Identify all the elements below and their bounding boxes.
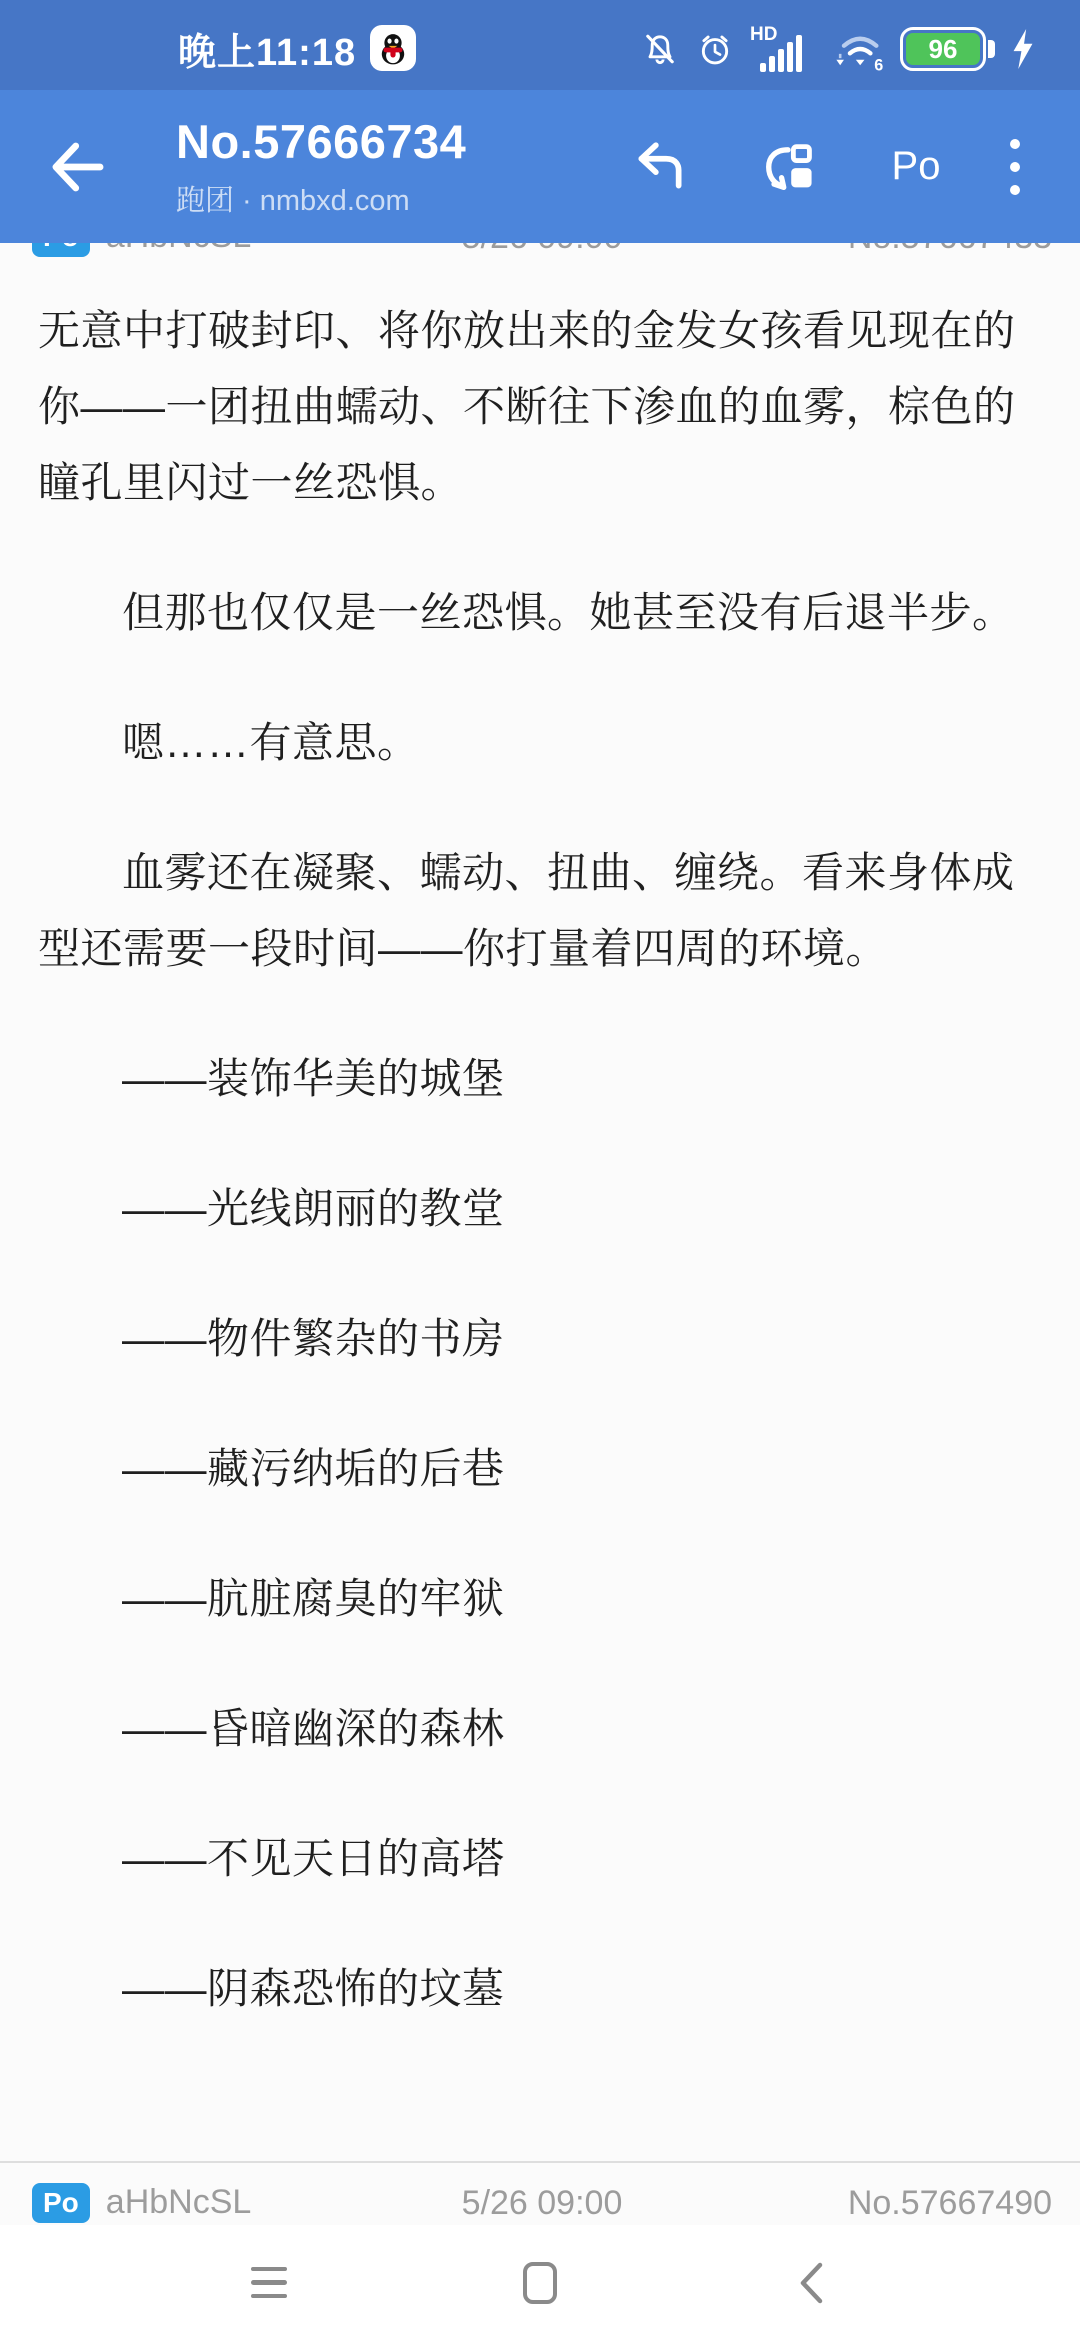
post-paragraph: ——物件繁杂的书房	[38, 1301, 1042, 1377]
status-bar: 晚上11:18	[0, 0, 1080, 90]
app-bar: No.57666734 跑团 · nmbxd.com Po	[0, 90, 1080, 243]
wifi-block: 6	[831, 25, 885, 73]
post-body: 无意中打破封印、将你放出来的金发女孩看见现在的你——一团扭曲蠕动、不断往下渗血的…	[0, 265, 1080, 2027]
battery-shell: 96	[900, 27, 986, 71]
back-chevron-icon	[798, 2261, 824, 2305]
nav-recents-button[interactable]	[241, 2255, 297, 2311]
nav-back-button[interactable]	[783, 2255, 839, 2311]
battery-indicator: 96	[900, 27, 995, 71]
reply-divider	[0, 2161, 1080, 2163]
po-badge: Po	[32, 243, 90, 257]
reply-arrow-icon	[631, 138, 689, 196]
post-paragraph: ——藏污纳垢的后巷	[38, 1431, 1042, 1507]
reply-author-block: Po aHbNcSL	[32, 243, 462, 257]
back-arrow-icon	[47, 136, 109, 198]
po-only-label: Po	[892, 144, 941, 189]
recents-icon	[251, 2267, 287, 2299]
reply-author-block: Po aHbNcSL	[32, 2183, 462, 2224]
app-bar-actions: Po	[596, 122, 1080, 212]
post-paragraph: 血雾还在凝聚、蠕动、扭曲、缠绕。看来身体成型还需要一段时间——你打量着四周的环境…	[38, 835, 1042, 987]
qq-notification-icon	[370, 25, 416, 71]
notifications-muted-icon	[640, 29, 680, 69]
next-reply-block: Po aHbNcSL 5/26 09:00 No.57667490	[0, 2161, 1080, 2225]
jump-to-reply-button[interactable]	[724, 122, 852, 212]
battery-nub	[988, 40, 995, 58]
reply-author: aHbNcSL	[106, 243, 252, 256]
post-paragraph: 但那也仅仅是一丝恐惧。她甚至没有后退半步。	[38, 575, 1042, 651]
reply-author: aHbNcSL	[106, 2183, 252, 2222]
nav-home-button[interactable]	[512, 2255, 568, 2311]
thread-content: Po aHbNcSL 5/26 09:00 No.57667433 无意中打破封…	[0, 243, 1080, 2225]
po-only-button[interactable]: Po	[852, 122, 980, 212]
reply-time: 5/26 09:00	[462, 2184, 623, 2223]
clock-text: 晚上11:18	[178, 15, 356, 76]
reply-header-top[interactable]: Po aHbNcSL 5/26 09:00 No.57667433	[0, 243, 1080, 265]
battery-percent-text: 96	[929, 34, 958, 65]
status-left: 晚上11:18	[178, 15, 416, 76]
post-paragraph: ——不见天日的高塔	[38, 1821, 1042, 1897]
android-nav-bar	[0, 2225, 1080, 2340]
home-icon	[523, 2262, 557, 2304]
po-badge: Po	[32, 2183, 90, 2224]
thread-subtitle: 跑团 · nmbxd.com	[176, 178, 596, 219]
title-block: No.57666734 跑团 · nmbxd.com	[176, 114, 596, 219]
cell-signal-hd-icon: HD	[750, 26, 816, 72]
jump-pages-icon	[758, 137, 818, 197]
charging-bolt-icon	[1010, 28, 1036, 70]
reply-button[interactable]	[596, 122, 724, 212]
qq-penguin-icon	[374, 29, 412, 67]
post-paragraph: 嗯……有意思。	[38, 705, 1042, 781]
post-paragraph: ——光线朗丽的教堂	[38, 1171, 1042, 1247]
post-paragraph: ——阴森恐怖的坟墓	[38, 1951, 1042, 2027]
overflow-menu-button[interactable]	[980, 122, 1050, 212]
reply-time: 5/26 09:00	[462, 243, 623, 257]
signal-bars-icon	[760, 35, 802, 72]
post-paragraph: ——昏暗幽深的森林	[38, 1691, 1042, 1767]
reply-id: No.57667433	[622, 243, 1052, 257]
wifi-icon: 6	[831, 25, 885, 73]
post-paragraph: 无意中打破封印、将你放出来的金发女孩看见现在的你——一团扭曲蠕动、不断往下渗血的…	[38, 293, 1042, 521]
battery-level: 96	[906, 33, 980, 65]
post-paragraph: ——装饰华美的城堡	[38, 1041, 1042, 1117]
reply-id: No.57667490	[622, 2184, 1052, 2223]
status-right: HD 6 96	[640, 17, 1036, 73]
phone-screen: 晚上11:18	[0, 0, 1080, 2340]
post-paragraph: ——肮脏腐臭的牢狱	[38, 1561, 1042, 1637]
svg-text:6: 6	[874, 57, 883, 73]
thread-title: No.57666734	[176, 116, 596, 168]
more-vertical-icon	[1010, 139, 1020, 195]
reply-header-bottom[interactable]: Po aHbNcSL 5/26 09:00 No.57667490	[0, 2175, 1080, 2225]
alarm-icon	[695, 29, 735, 69]
back-button[interactable]	[46, 135, 110, 199]
